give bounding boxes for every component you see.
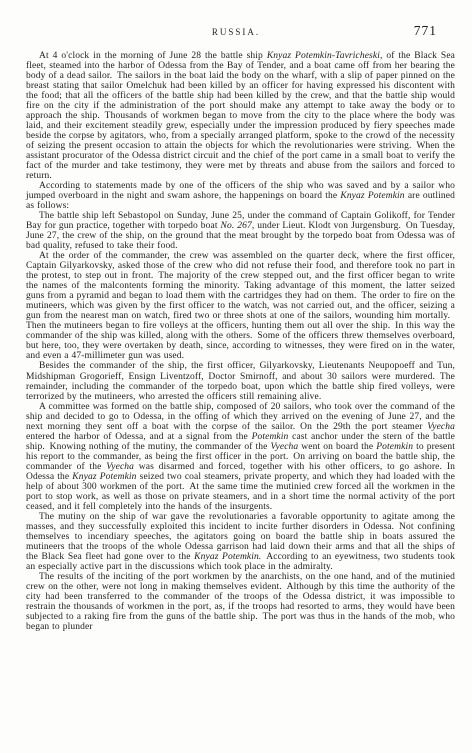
body-text: A committee was formed on the battle shi… — [26, 402, 455, 432]
page-number: 771 — [414, 23, 437, 39]
paragraph: A committee was formed on the battle shi… — [26, 402, 455, 512]
body-text: , of the Black Sea fleet, steamed into t… — [26, 51, 455, 181]
paragraph: The mutiny on the ship of war gave the r… — [26, 512, 455, 572]
running-header-title: RUSSIA. — [0, 27, 472, 37]
body-text: At the order of the commander, the crew … — [26, 251, 455, 361]
italic-text: Knyaz Potemkin — [340, 191, 404, 201]
body-text: went on board the — [298, 442, 376, 452]
italic-text: Knyaz Potemkin. — [194, 552, 261, 562]
italic-text: Knyaz Potemkin — [72, 472, 136, 482]
paragraph: At the order of the commander, the crew … — [26, 251, 455, 361]
italic-text: Vyecha — [427, 422, 455, 432]
paragraph: Besides the commander of the ship, the f… — [26, 361, 455, 401]
italic-text: No. 267 — [221, 221, 252, 231]
italic-text: Potemkin — [376, 442, 413, 452]
body-text: At 4 o'clock in the morning of June 28 t… — [39, 51, 267, 61]
italic-text: Vyecha — [106, 462, 134, 472]
italic-text: Knyaz Potemkin-Tavricheski — [267, 51, 380, 61]
paragraph: At 4 o'clock in the morning of June 28 t… — [26, 51, 455, 181]
page-body: At 4 o'clock in the morning of June 28 t… — [26, 51, 455, 632]
book-page: RUSSIA. 771 At 4 o'clock in the morning … — [0, 0, 472, 753]
paragraph: The results of the inciting of the port … — [26, 572, 455, 632]
italic-text: Vyecha — [270, 442, 298, 452]
paragraph: According to statements made by one of t… — [26, 181, 455, 211]
paragraph: The battle ship left Sebastopol on Sunda… — [26, 211, 455, 251]
italic-text: Potemkin — [252, 432, 289, 442]
body-text: The results of the inciting of the port … — [26, 572, 455, 632]
body-text: entered the harbor of Odessa, and at a s… — [26, 432, 252, 442]
body-text: Besides the commander of the ship, the f… — [26, 361, 455, 401]
